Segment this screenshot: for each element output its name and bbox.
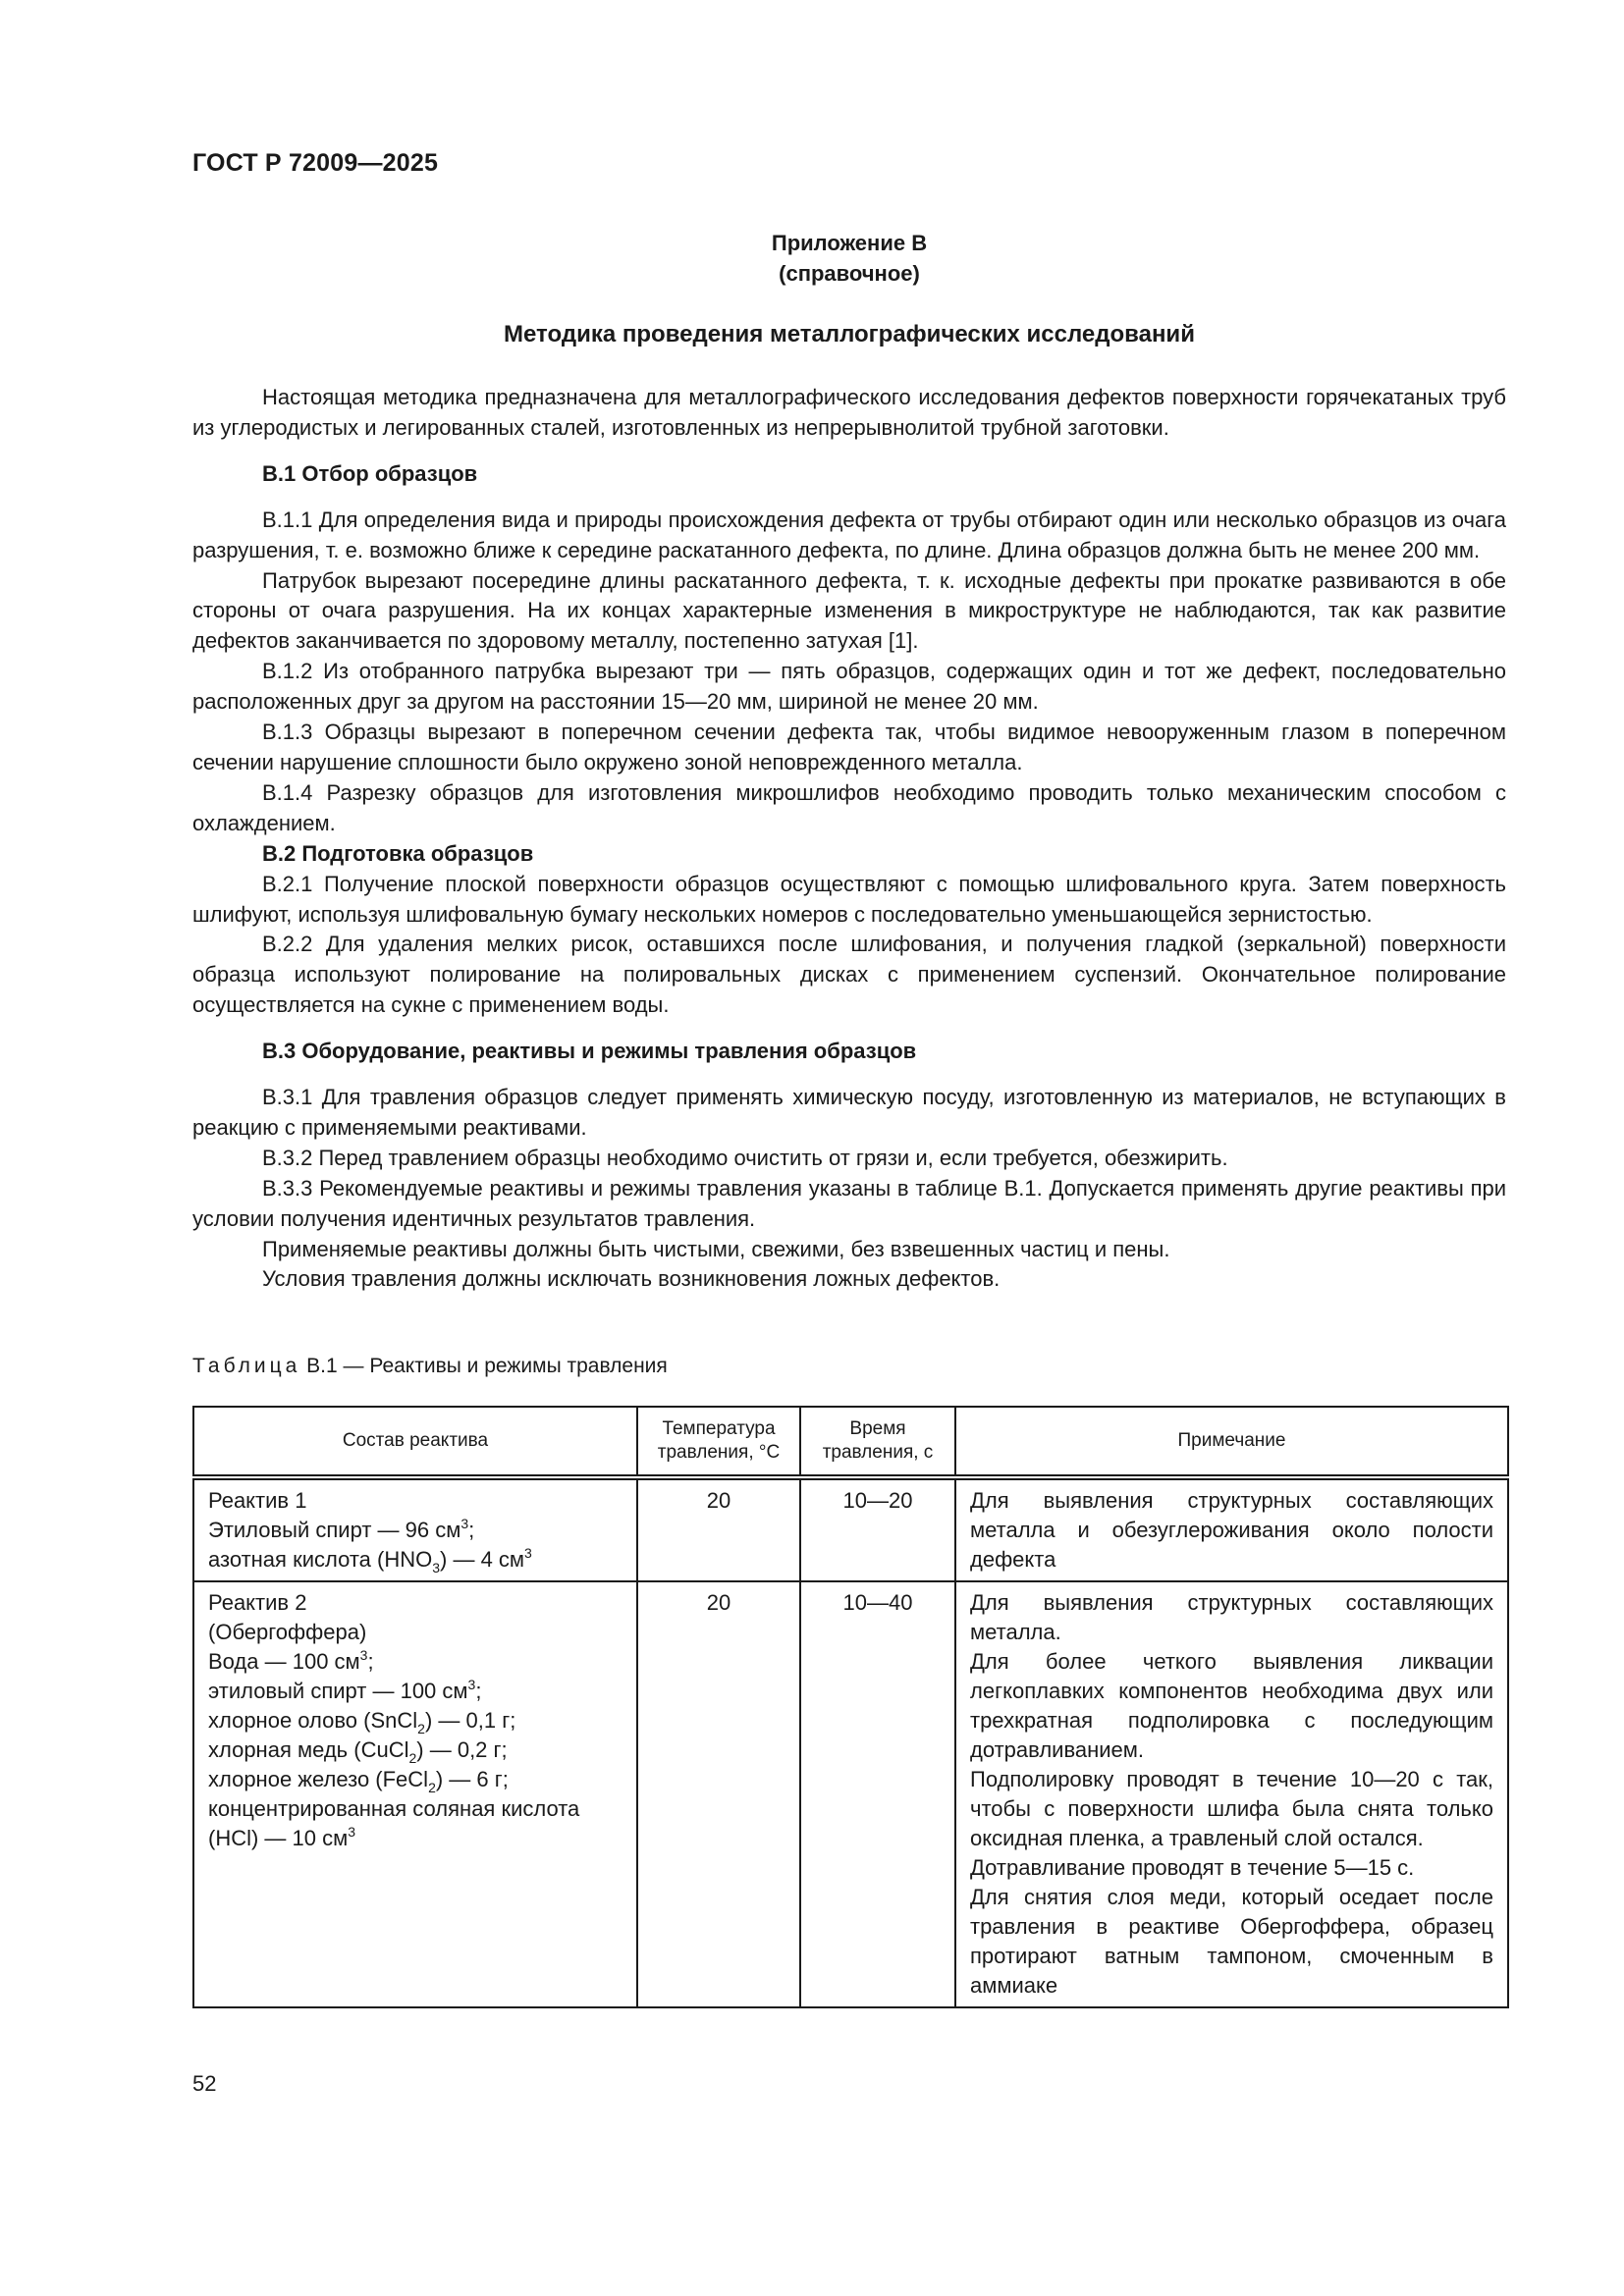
superscript: 3 (468, 1677, 476, 1692)
subscript: 2 (417, 1721, 425, 1736)
annex-label: Приложение В (192, 228, 1506, 258)
temperature-cell: 20 (637, 1477, 800, 1581)
table-row: Реактив 2(Обергоффера)Вода — 100 см3;эти… (193, 1581, 1508, 2007)
paragraph: В.3.2 Перед травлением образцы необходим… (192, 1144, 1506, 1174)
document-page: ГОСТ Р 72009—2025 Приложение В (справочн… (0, 0, 1624, 2296)
standard-code: ГОСТ Р 72009—2025 (192, 149, 438, 178)
composition-line: Этиловый спирт — 96 см3; (208, 1516, 623, 1545)
composition-cell: Реактив 2(Обергоффера)Вода — 100 см3;эти… (193, 1581, 637, 2007)
intro-paragraph: Настоящая методика предназначена для мет… (192, 383, 1506, 444)
document-body: Настоящая методика предназначена для мет… (192, 383, 1506, 1295)
note-text: Для снятия слоя меди, который оседает по… (970, 1883, 1493, 2001)
table-row: Реактив 1Этиловый спирт — 96 см3;азотная… (193, 1477, 1508, 1581)
reagents-table: Состав реактива Температура травления, °… (192, 1406, 1509, 2008)
paragraph: Патрубок вырезают посередине длины раска… (192, 566, 1506, 658)
paragraph: В.2.2 Для удаления мелких рисок, оставши… (192, 930, 1506, 1021)
page-number: 52 (192, 2071, 216, 2097)
subscript: 2 (428, 1780, 436, 1795)
superscript: 3 (524, 1545, 532, 1561)
table-caption: Таблица В.1 — Реактивы и режимы травлени… (192, 1355, 668, 1378)
composition-line: (Обергоффера) (208, 1618, 623, 1647)
section-heading: В.1 Отбор образцов (192, 459, 1506, 490)
paragraph: Условия травления должны исключать возни… (192, 1264, 1506, 1295)
column-header: Состав реактива (193, 1407, 637, 1477)
composition-line: хлорное железо (FeCl2) — 6 г; (208, 1765, 623, 1794)
column-header: Примечание (955, 1407, 1508, 1477)
paragraph: В.3.1 Для травления образцов следует при… (192, 1083, 1506, 1144)
section-heading: В.2 Подготовка образцов (192, 839, 1506, 870)
composition-line: хлорная медь (CuCl2) — 0,2 г; (208, 1735, 623, 1765)
table-caption-title: В.1 — Реактивы и режимы травления (300, 1355, 667, 1377)
note-text: Для выявления структурных составляющих м… (970, 1486, 1493, 1575)
note-text: Дотравливание проводят в течение 5—15 с. (970, 1853, 1493, 1883)
time-cell: 10—20 (800, 1477, 955, 1581)
column-header: Температура травления, °С (637, 1407, 800, 1477)
paragraph: Применяемые реактивы должны быть чистыми… (192, 1235, 1506, 1265)
paragraph: В.1.3 Образцы вырезают в поперечном сече… (192, 718, 1506, 778)
annex-heading: Приложение В (справочное) (192, 228, 1506, 289)
subscript: 2 (408, 1750, 416, 1766)
composition-cell: Реактив 1Этиловый спирт — 96 см3;азотная… (193, 1477, 637, 1581)
table-header-row: Состав реактива Температура травления, °… (193, 1407, 1508, 1477)
paragraph: В.1.4 Разрезку образцов для изготовления… (192, 778, 1506, 839)
composition-line: хлорное олово (SnCl2) — 0,1 г; (208, 1706, 623, 1735)
superscript: 3 (348, 1824, 355, 1840)
reagent-name: Реактив 1 (208, 1486, 623, 1516)
note-cell: Для выявления структурных составляющих м… (955, 1477, 1508, 1581)
composition-line: Вода — 100 см3; (208, 1647, 623, 1677)
time-cell: 10—40 (800, 1581, 955, 2007)
temperature-cell: 20 (637, 1581, 800, 2007)
column-header: Время травления, с (800, 1407, 955, 1477)
note-text: Для выявления структурных составляющих м… (970, 1588, 1493, 1647)
superscript: 3 (360, 1647, 368, 1663)
composition-line: азотная кислота (HNO3) — 4 см3 (208, 1545, 623, 1575)
note-cell: Для выявления структурных составляющих м… (955, 1581, 1508, 2007)
composition-line: концентрированная соляная кислота (HCl) … (208, 1794, 623, 1853)
annex-status: (справочное) (192, 258, 1506, 289)
note-text: Для более четкого выявления ликвации лег… (970, 1647, 1493, 1765)
paragraph: В.1.2 Из отобранного патрубка вырезают т… (192, 657, 1506, 718)
section-heading: В.3 Оборудование, реактивы и режимы трав… (192, 1037, 1506, 1067)
composition-line: этиловый спирт — 100 см3; (208, 1677, 623, 1706)
paragraph: В.3.3 Рекомендуемые реактивы и режимы тр… (192, 1174, 1506, 1235)
reagent-name: Реактив 2 (208, 1588, 623, 1618)
table-caption-prefix: Таблица (192, 1355, 300, 1377)
superscript: 3 (460, 1516, 468, 1531)
paragraph: В.1.1 Для определения вида и природы про… (192, 506, 1506, 566)
paragraph: В.2.1 Получение плоской поверхности обра… (192, 870, 1506, 931)
annex-title: Методика проведения металлографических и… (192, 321, 1506, 348)
subscript: 3 (432, 1560, 440, 1575)
note-text: Подполировку проводят в течение 10—20 с … (970, 1765, 1493, 1853)
